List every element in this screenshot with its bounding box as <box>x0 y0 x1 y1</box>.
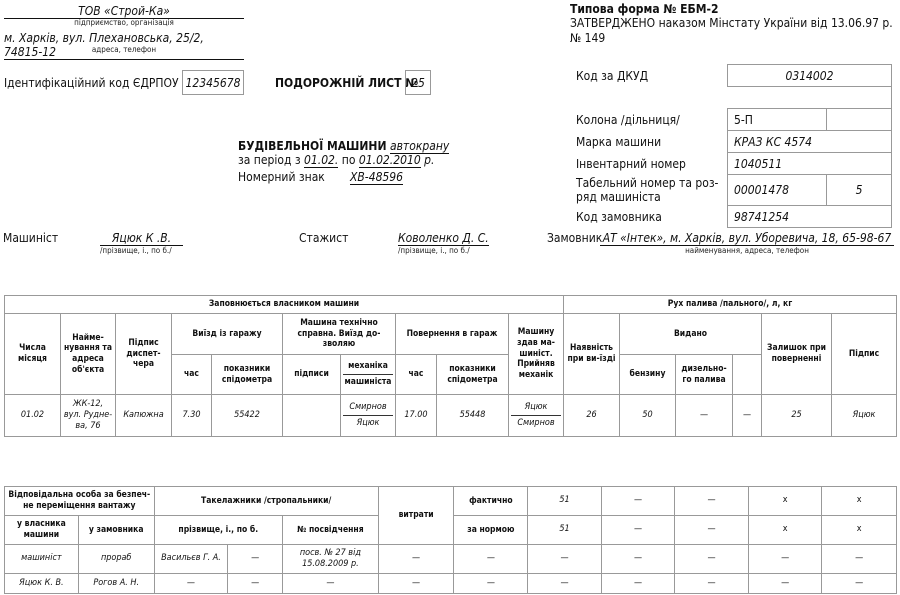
customer-code-field[interactable]: 98741254 <box>728 206 892 228</box>
col-day: Числа місяця <box>5 314 61 395</box>
table-row: машиніст прораб Васильєв Г. А. — посв. №… <box>5 545 897 574</box>
period-to: 01.02.2010 <box>359 153 421 168</box>
column-extra-field[interactable] <box>827 109 892 131</box>
norm-value[interactable]: 51 <box>528 516 602 545</box>
cell-exit-odo[interactable]: 55422 <box>212 395 283 437</box>
machine-info-table: Код за ДКУД 0314002 Колона /дільниця/ 5-… <box>570 64 892 228</box>
cell-name2[interactable]: — <box>228 574 283 594</box>
main-table: Заповнюється власником машини Рух палива… <box>4 295 897 437</box>
machine-title-label: БУДІВЕЛЬНОЇ МАШИНИ <box>238 139 387 153</box>
col-available: Наявність при ви-їзді <box>564 314 620 395</box>
cell-tech-sign[interactable] <box>283 395 341 437</box>
col-signature: Підпис <box>832 314 897 395</box>
cell-return-time[interactable]: 17.00 <box>396 395 437 437</box>
fuel-section-header: Рух палива /пального/, л, кг <box>564 296 897 314</box>
col-customer: у замовника <box>78 516 154 545</box>
col-responsible: Відповідальна особа за безпеч-не переміщ… <box>5 487 155 516</box>
norm-value[interactable]: х <box>822 516 897 545</box>
operator-caption: /прізвище, і., по б./ <box>100 246 172 255</box>
approved-number: № 149 <box>570 31 605 45</box>
cell-dispatcher[interactable]: Капюжна <box>116 395 172 437</box>
cell-rest[interactable]: — <box>822 574 897 594</box>
plate-label: Номерний знак <box>238 170 325 184</box>
plate-value: ХВ-48596 <box>350 170 403 185</box>
cell-rest[interactable]: — <box>601 574 675 594</box>
col-riggers: Такелажники /стропальники/ <box>154 487 378 516</box>
col-norm: за нормою <box>454 516 528 545</box>
cell-rest[interactable]: — <box>528 574 602 594</box>
cell-rest[interactable]: — <box>528 545 602 574</box>
cell-rest[interactable]: — <box>378 545 454 574</box>
col-tech: Машина технічно справна. Виїзд до-зволяю <box>283 314 396 355</box>
cell-owner[interactable]: Яцюк К. В. <box>5 574 79 594</box>
col-exit: Виїзд із гаражу <box>172 314 283 355</box>
col-return: Повернення в гараж <box>396 314 509 355</box>
cell-owner[interactable]: машиніст <box>5 545 79 574</box>
actual-value[interactable]: 51 <box>528 487 602 516</box>
approved-line: ЗАТВЕРДЖЕНО наказом Мінстату України від… <box>570 16 893 30</box>
column-field[interactable]: 5-П <box>728 109 827 131</box>
customer-caption: найменування, адреса, телефон <box>600 246 894 255</box>
cell-remaining[interactable]: 25 <box>762 395 832 437</box>
machine-type: автокрану <box>390 139 449 154</box>
trainee-value: Коволенко Д. С. <box>398 231 489 246</box>
cell-name[interactable]: — <box>154 574 228 594</box>
dkud-field[interactable]: 0314002 <box>728 65 892 87</box>
period: за період з 01.02. по 01.02.2010 р. <box>238 153 434 167</box>
inventory-field[interactable]: 1040511 <box>728 153 892 175</box>
cell-exit-time[interactable]: 7.30 <box>172 395 212 437</box>
operator-label: Машиніст <box>3 231 58 245</box>
norm-value[interactable]: х <box>748 516 822 545</box>
customer-label: Замовник <box>547 231 602 245</box>
col-petrol: бензину <box>620 355 676 395</box>
col-tech-driver-label: машиніста <box>345 377 392 387</box>
fraction-line <box>511 415 561 416</box>
cell-handover[interactable]: Яцюк Смирнов <box>509 395 564 437</box>
cell-tech-signatures[interactable]: Смирнов Яцюк <box>341 395 396 437</box>
cell-rest[interactable]: — <box>748 545 822 574</box>
cell-customer[interactable]: прораб <box>78 545 154 574</box>
cell-rest[interactable]: — <box>378 574 454 594</box>
col-dispatcher: Підпис диспет-чера <box>116 314 172 395</box>
trainee-label: Стажист <box>299 231 348 245</box>
operator-value: Яцюк К .В. <box>100 231 183 246</box>
brand-label: Марка машини <box>570 131 728 153</box>
trainee-caption: /прізвище, і., по б./ <box>398 246 470 255</box>
col-issued: Видано <box>620 314 762 355</box>
col-expenses: витрати <box>378 487 454 545</box>
col-exit-time: час <box>172 355 212 395</box>
edrpou-field[interactable]: 12345678 <box>182 70 244 95</box>
cell-handover-mech: Смирнов <box>517 418 554 428</box>
company-caption: підприємство, організація <box>4 18 244 27</box>
column-label: Колона /дільниця/ <box>570 109 728 131</box>
period-from: 01.02. <box>304 153 338 168</box>
norm-value[interactable]: — <box>675 516 749 545</box>
fraction-line <box>343 415 393 416</box>
customer-code-label: Код замовника <box>570 206 728 228</box>
form-title: Типова форма № ЕБМ-2 <box>570 2 719 16</box>
period-mid: по <box>342 153 356 167</box>
cell-tech-mech: Смирнов <box>349 402 386 412</box>
address-caption: адреса, телефон <box>4 45 244 54</box>
dkud-label: Код за ДКУД <box>570 65 728 87</box>
cell-rest[interactable]: — <box>822 545 897 574</box>
brand-field[interactable]: КРАЗ КС 4574 <box>728 131 892 153</box>
machine-title: БУДІВЕЛЬНОЇ МАШИНИ автокрану <box>238 139 449 153</box>
fraction-line <box>343 374 393 375</box>
col-tech-sign: підписи <box>283 355 341 395</box>
col-actual: фактично <box>454 487 528 516</box>
cell-name2[interactable]: — <box>228 545 283 574</box>
period-prefix: за період з <box>238 153 301 167</box>
cell-customer[interactable]: Рогов А. Н. <box>78 574 154 594</box>
cell-return-odo[interactable]: 55448 <box>437 395 509 437</box>
actual-value[interactable]: х <box>748 487 822 516</box>
waybill-label: ПОДОРОЖНІЙ ЛИСТ № <box>275 76 418 90</box>
tab-number-label: Табельний номер та роз-ряд машиніста <box>570 175 728 206</box>
company-name: ТОВ «Строй-Ка» <box>4 4 244 19</box>
edrpou-label: Ідентифікаційний код ЄДРПОУ <box>4 76 179 90</box>
col-tech-mech-label: механіка <box>348 361 388 371</box>
actual-value[interactable]: х <box>822 487 897 516</box>
cell-petrol[interactable]: 50 <box>620 395 676 437</box>
cell-rest[interactable]: — <box>748 574 822 594</box>
col-owner: у власника машини <box>5 516 79 545</box>
cell-handover-driver: Яцюк <box>525 402 548 412</box>
cell-object[interactable]: ЖК-12, вул. Рудне-ва, 76 <box>61 395 116 437</box>
cell-signature[interactable]: Яцюк <box>832 395 897 437</box>
col-return-odo: показники спідометра <box>437 355 509 395</box>
cell-rest[interactable]: — <box>675 545 749 574</box>
cell-rest[interactable]: — <box>675 574 749 594</box>
cell-day[interactable]: 01.02 <box>5 395 61 437</box>
waybill-number-field[interactable]: 25 <box>405 70 431 95</box>
cell-name[interactable]: Васильєв Г. А. <box>154 545 228 574</box>
actual-value[interactable]: — <box>675 487 749 516</box>
cell-cert[interactable]: посв. № 27 від 15.08.2009 р. <box>283 545 379 574</box>
col-object: Найме-нування та адреса об'єкта <box>61 314 116 395</box>
inventory-label: Інвентарний номер <box>570 153 728 175</box>
table-row: 01.02 ЖК-12, вул. Рудне-ва, 76 Капюжна 7… <box>5 395 897 437</box>
col-diesel: дизельно-го палива <box>676 355 733 395</box>
customer-value: АТ «Інтек», м. Харків, вул. Уборевича, 1… <box>600 231 894 246</box>
col-return-time: час <box>396 355 437 395</box>
col-handover: Машину здав ма-шиніст. Прийняв механік <box>509 314 564 395</box>
norm-value[interactable]: — <box>601 516 675 545</box>
owner-section-header: Заповнюється власником машини <box>5 296 564 314</box>
col-remaining: Залишок при поверненні <box>762 314 832 395</box>
period-suffix: р. <box>424 153 434 167</box>
actual-value[interactable]: — <box>601 487 675 516</box>
cell-tech-driver: Яцюк <box>357 418 380 428</box>
col-tech-mech: механіка машиніста <box>341 355 396 395</box>
cell-rest[interactable]: — <box>601 545 675 574</box>
grade-field[interactable]: 5 <box>827 175 892 206</box>
col-blank <box>733 355 762 395</box>
col-name: прізвище, і., по б. <box>154 516 282 545</box>
col-cert: № посвідчення <box>283 516 379 545</box>
cell-rest[interactable]: — <box>454 545 528 574</box>
cell-cert[interactable]: — <box>283 574 379 594</box>
cell-available[interactable]: 26 <box>564 395 620 437</box>
cell-rest[interactable]: — <box>454 574 528 594</box>
cell-blank[interactable]: — <box>733 395 762 437</box>
col-exit-odo: показники спідометра <box>212 355 283 395</box>
cell-diesel[interactable]: — <box>676 395 733 437</box>
tab-number-field[interactable]: 00001478 <box>728 175 827 206</box>
table-row: Яцюк К. В. Рогов А. Н. — — — — — — — — —… <box>5 574 897 594</box>
bottom-table: Відповідальна особа за безпеч-не переміщ… <box>4 486 897 594</box>
